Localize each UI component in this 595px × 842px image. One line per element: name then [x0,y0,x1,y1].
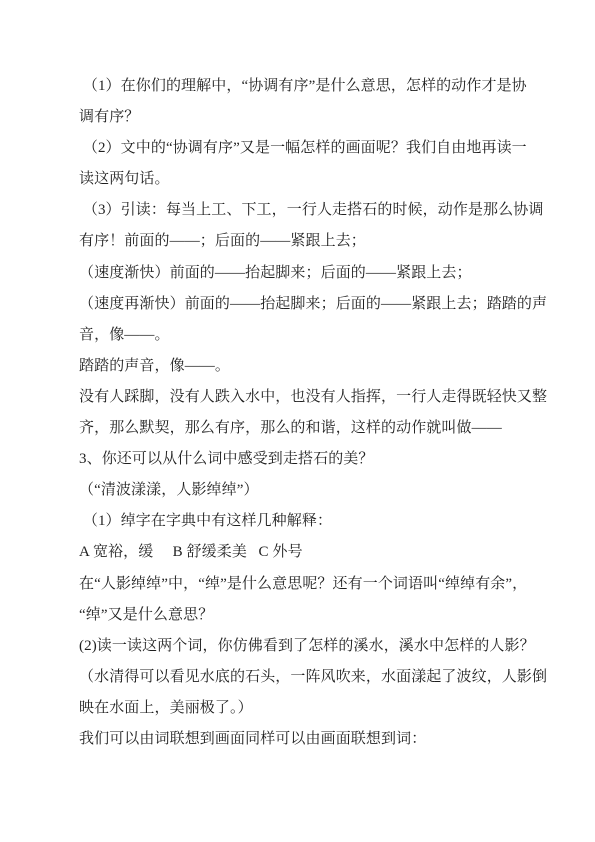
document-text: （1）在你们的理解中，“协调有序”是什么意思，怎样的动作才是协 调有序？ （2）… [79,71,554,755]
document-line: 踏踏的声音，像——。 [79,351,554,382]
document-line: 映在水面上，美丽极了。） [79,693,554,724]
document-line: （“清波漾漾，人影绰绰”） [79,475,554,506]
document-line: 音，像——。 [79,320,554,351]
document-line: 调有序？ [79,102,554,133]
document-line: A 宽裕，缓 B 舒缓柔美 C 外号 [79,537,554,568]
document-line: （1）绰字在字典中有这样几种解释： [79,506,554,537]
document-line: 在“人影绰绰”中，“绰”是什么意思呢？还有一个词语叫“绰绰有余”， [79,569,554,600]
document-line: （1）在你们的理解中，“协调有序”是什么意思，怎样的动作才是协 [79,71,554,102]
document-line: （速度渐快）前面的——抬起脚来；后面的——紧跟上去； [79,258,554,289]
document-line: (2)读一读这两个词，你仿佛看到了怎样的溪水，溪水中怎样的人影？ [79,631,554,662]
document-line: 我们可以由词联想到画面同样可以由画面联想到词： [79,724,554,755]
document-line: （速度再渐快）前面的——抬起脚来；后面的——紧跟上去；踏踏的声 [79,289,554,320]
document-line: 齐，那么默契，那么有序，那么的和谐，这样的动作就叫做—— [79,413,554,444]
document-line: （水清得可以看见水底的石头，一阵风吹来，水面漾起了波纹，人影倒 [79,662,554,693]
document-line: 没有人踩脚，没有人跌入水中，也没有人指挥，一行人走得既轻快又整 [79,382,554,413]
document-line: （2）文中的“协调有序”又是一幅怎样的画面呢？我们自由地再读一 [79,133,554,164]
document-line: （3）引读：每当上工、下工，一行人走搭石的时候，动作是那么协调 [79,195,554,226]
document-page: （1）在你们的理解中，“协调有序”是什么意思，怎样的动作才是协 调有序？ （2）… [0,0,595,842]
document-line: 读这两句话。 [79,164,554,195]
document-line: “绰”又是什么意思？ [79,600,554,631]
document-line: 有序！前面的——；后面的——紧跟上去； [79,226,554,257]
document-line: 3、你还可以从什么词中感受到走搭石的美？ [79,444,554,475]
